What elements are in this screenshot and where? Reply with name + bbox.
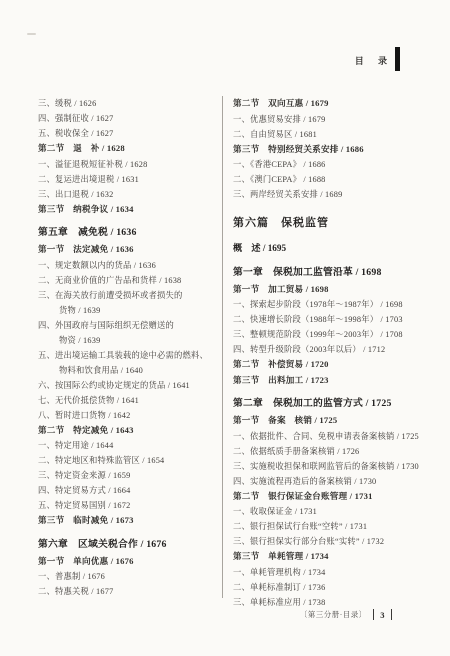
toc-entry-part: 第六篇 保税监管 [233, 215, 433, 232]
toc-entry-item: 二、复运进出境退税 / 1631 [38, 172, 224, 187]
toc-entry-chapter: 第二章 保税加工的监管方式 / 1725 [233, 396, 433, 412]
toc-entry-item: 四、特定贸易方式 / 1664 [38, 483, 224, 498]
toc-entry-item: 二、自由贸易区 / 1681 [233, 127, 433, 142]
toc-entry-item: 二、无商业价值的广告品和货样 / 1638 [38, 273, 224, 288]
toc-entry-item: 一、依据批件、合同、免税申请表备案核销 / 1725 [233, 429, 433, 444]
toc-entry-item: 四、外国政府与国际组织无偿赠送的 [38, 318, 224, 333]
toc-entry-chapter: 第一章 保税加工监管沿革 / 1698 [233, 265, 433, 281]
toc-entry-item: 三、缓税 / 1626 [38, 96, 224, 111]
toc-right-column: 第二节 双向互惠 / 1679一、优惠贸易安排 / 1679二、自由贸易区 / … [233, 96, 433, 610]
toc-entry-section: 第三节 特别经贸关系安排 / 1686 [233, 142, 433, 158]
toc-entry-item: 一、单耗管理机构 / 1734 [233, 565, 433, 580]
header-bar-icon [395, 47, 400, 71]
toc-entry-overview: 概 述 / 1695 [233, 241, 433, 257]
toc-entry-section: 第一节 备案 核销 / 1725 [233, 413, 433, 429]
toc-entry-section: 第一节 单向优惠 / 1676 [38, 554, 224, 570]
scan-artifact [27, 33, 36, 35]
page-header: 目 录 [355, 49, 400, 71]
toc-entry-section: 第二节 银行保证金台账管理 / 1731 [233, 489, 433, 505]
footer-volume-label: 〔第三分册·目录〕 [300, 609, 367, 620]
toc-entry-item: 二、《澳门CEPA》 / 1688 [233, 172, 433, 187]
footer-page-number: 3 [380, 610, 384, 620]
toc-entry-section: 第二节 特定减免 / 1643 [38, 423, 224, 439]
header-title: 目 录 [355, 54, 393, 67]
toc-entry-item: 一、《香港CEPA》 / 1686 [233, 157, 433, 172]
toc-entry-item: 三、特定资金来源 / 1659 [38, 468, 224, 483]
toc-entry-item: 七、无代价抵偿货物 / 1641 [38, 393, 224, 408]
toc-entry-item: 三、出口退税 / 1632 [38, 187, 224, 202]
toc-entry-chapter: 第五章 减免税 / 1636 [38, 225, 224, 241]
toc-entry-item: 二、单耗标准制订 / 1736 [233, 580, 433, 595]
toc-page: 目 录 三、缓税 / 1626四、强制征收 / 1627五、税收保全 / 162… [0, 0, 450, 656]
toc-entry-item: 一、溢征退税短征补税 / 1628 [38, 157, 224, 172]
toc-entry-section: 第三节 临时减免 / 1673 [38, 513, 224, 529]
toc-entry-item: 一、收取保证金 / 1731 [233, 504, 433, 519]
toc-entry-section: 第一节 法定减免 / 1636 [38, 242, 224, 258]
toc-entry-item: 五、税收保全 / 1627 [38, 126, 224, 141]
toc-entry-item: 二、特定地区和特殊监管区 / 1654 [38, 453, 224, 468]
toc-left-column: 三、缓税 / 1626四、强制征收 / 1627五、税收保全 / 1627第二节… [38, 96, 224, 599]
toc-entry-item: 三、整顿规范阶段（1999年～2003年） / 1708 [233, 327, 433, 342]
toc-entry-section: 第二节 补偿贸易 / 1720 [233, 357, 433, 373]
toc-entry-item: 二、特惠关税 / 1677 [38, 584, 224, 599]
page-footer: 〔第三分册·目录〕 3 [300, 609, 398, 620]
toc-entry-item: 八、暂时进口货物 / 1642 [38, 408, 224, 423]
toc-entry-item: 一、普惠制 / 1676 [38, 569, 224, 584]
toc-entry-cont: 物料和饮食用品 / 1640 [38, 363, 224, 378]
toc-entry-section: 第三节 纳税争议 / 1634 [38, 202, 224, 218]
toc-entry-item: 一、规定数额以内的货品 / 1636 [38, 258, 224, 273]
toc-entry-item: 五、进出境运输工具装载的途中必需的燃料、 [38, 348, 224, 363]
toc-entry-cont: 货物 / 1639 [38, 303, 224, 318]
footer-divider [373, 609, 375, 620]
toc-entry-section: 第三节 单耗管理 / 1734 [233, 549, 433, 565]
footer-divider [391, 609, 393, 620]
toc-entry-item: 三、两岸经贸关系安排 / 1689 [233, 187, 433, 202]
toc-entry-item: 三、银行担保实行部分台账“实转” / 1732 [233, 534, 433, 549]
toc-entry-item: 二、银行担保试行台账“空转” / 1731 [233, 519, 433, 534]
toc-entry-item: 六、按国际公约或协定规定的货品 / 1641 [38, 378, 224, 393]
toc-entry-item: 四、强制征收 / 1627 [38, 111, 224, 126]
toc-entry-item: 四、转型升级阶段（2003年以后） / 1712 [233, 342, 433, 357]
toc-entry-section: 第一节 加工贸易 / 1698 [233, 282, 433, 298]
toc-entry-item: 一、探索起步阶段（1978年～1987年） / 1698 [233, 297, 433, 312]
toc-entry-item: 三、实施税收担保和联网监管后的备案核销 / 1730 [233, 459, 433, 474]
toc-entry-chapter: 第六章 区域关税合作 / 1676 [38, 537, 224, 553]
toc-entry-item: 二、快速增长阶段（1988年～1998年） / 1703 [233, 312, 433, 327]
toc-entry-item: 五、特定贸易国别 / 1672 [38, 498, 224, 513]
toc-entry-item: 二、依据纸质手册备案核销 / 1726 [233, 444, 433, 459]
toc-entry-section: 第三节 出料加工 / 1723 [233, 373, 433, 389]
toc-entry-section: 第二节 双向互惠 / 1679 [233, 96, 433, 112]
toc-entry-cont: 物资 / 1639 [38, 333, 224, 348]
toc-entry-item: 一、特定用途 / 1644 [38, 438, 224, 453]
toc-entry-section: 第二节 退 补 / 1628 [38, 141, 224, 157]
toc-entry-item: 一、优惠贸易安排 / 1679 [233, 112, 433, 127]
toc-entry-item: 三、在海关放行前遭受损坏或者损失的 [38, 288, 224, 303]
toc-entry-item: 四、实施流程再造后的备案核销 / 1730 [233, 474, 433, 489]
toc-entry-item: 三、单耗标准应用 / 1738 [233, 595, 433, 610]
